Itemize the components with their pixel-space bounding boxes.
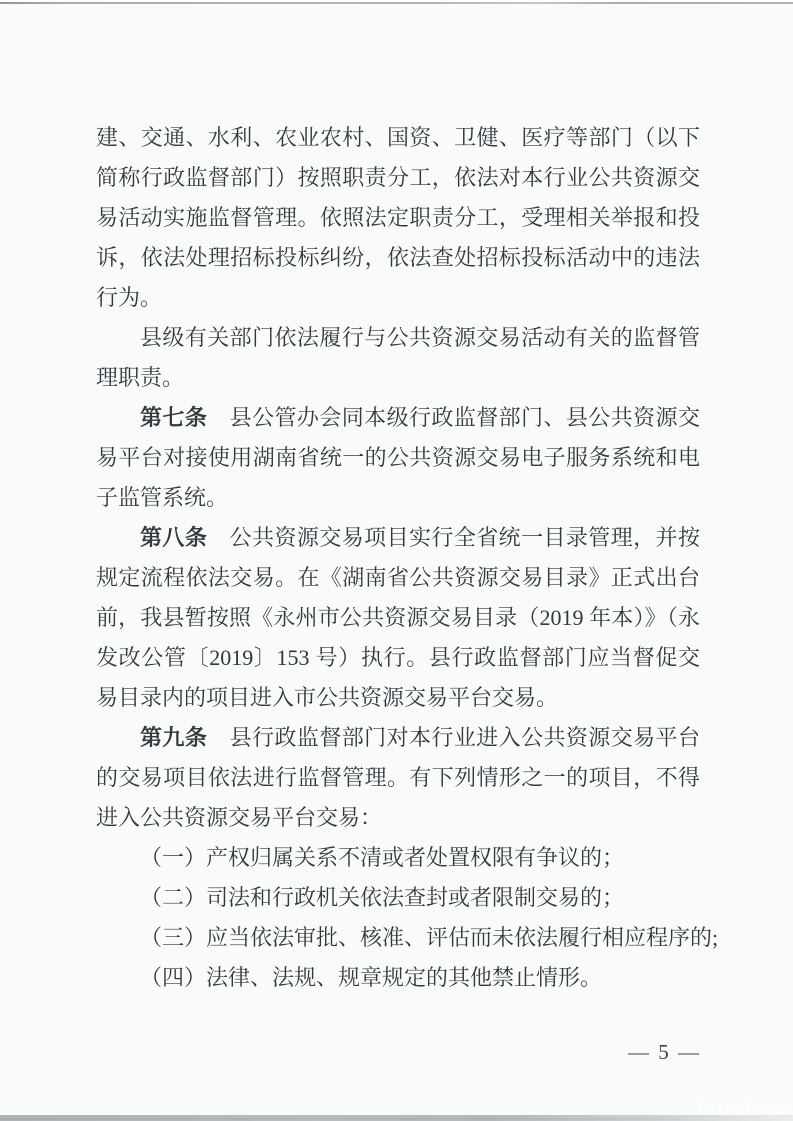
scanned-document-page: 建、交通、水利、农业农村、国资、卫健、医疗等部门（以下简称行政监督部门）按照职责… [0, 0, 793, 1121]
list-item-3: （三）应当依法审批、核准、评估而未依法履行相应程序的; [96, 918, 700, 958]
scan-edge-top-line [0, 2, 793, 4]
paragraph: 县级有关部门依法履行与公共资源交易活动有关的监督管理职责。 [96, 318, 700, 398]
page-number: — 5 — [628, 1040, 701, 1065]
list-item-text: （一）产权归属关系不清或者处置权限有争议的； [140, 845, 624, 870]
paragraph-text: 建、交通、水利、农业农村、国资、卫健、医疗等部门（以下简称行政监督部门）按照职责… [96, 125, 700, 310]
list-item-4: （四）法律、法规、规章规定的其他禁止情形。 [96, 958, 700, 998]
article-lead: 第九条 [140, 725, 230, 750]
article-lead: 第八条 [140, 525, 230, 550]
paragraph-article-9: 第九条县行政监督部门对本行业进入公共资源交易平台的交易项目依法进行监督管理。有下… [96, 718, 700, 838]
paragraph-article-8: 第八条公共资源交易项目实行全省统一目录管理，并按规定流程依法交易。在《湖南省公共… [96, 518, 700, 718]
list-item-1: （一）产权归属关系不清或者处置权限有争议的； [96, 838, 700, 878]
paragraph-text: 公共资源交易项目实行全省统一目录管理，并按规定流程依法交易。在《湖南省公共资源交… [96, 525, 700, 710]
document-body: 建、交通、水利、农业农村、国资、卫健、医疗等部门（以下简称行政监督部门）按照职责… [96, 118, 700, 998]
paragraph-article-7: 第七条县公管办会同本级行政监督部门、县公共资源交易平台对接使用湖南省统一的公共资… [96, 398, 700, 518]
article-lead: 第七条 [140, 405, 230, 430]
list-item-2: （二）司法和行政机关依法查封或者限制交易的； [96, 878, 700, 918]
list-item-text: （二）司法和行政机关依法查封或者限制交易的； [140, 885, 624, 910]
list-item-text: （三）应当依法审批、核准、评估而未依法履行相应程序的; [140, 925, 718, 950]
scan-edge-bottom-band [0, 1115, 793, 1121]
paragraph-continuation: 建、交通、水利、农业农村、国资、卫健、医疗等部门（以下简称行政监督部门）按照职责… [96, 118, 700, 318]
paragraph-text: 县级有关部门依法履行与公共资源交易活动有关的监督管理职责。 [96, 325, 700, 390]
list-item-text: （四）法律、法规、规章规定的其他禁止情形。 [140, 965, 602, 990]
